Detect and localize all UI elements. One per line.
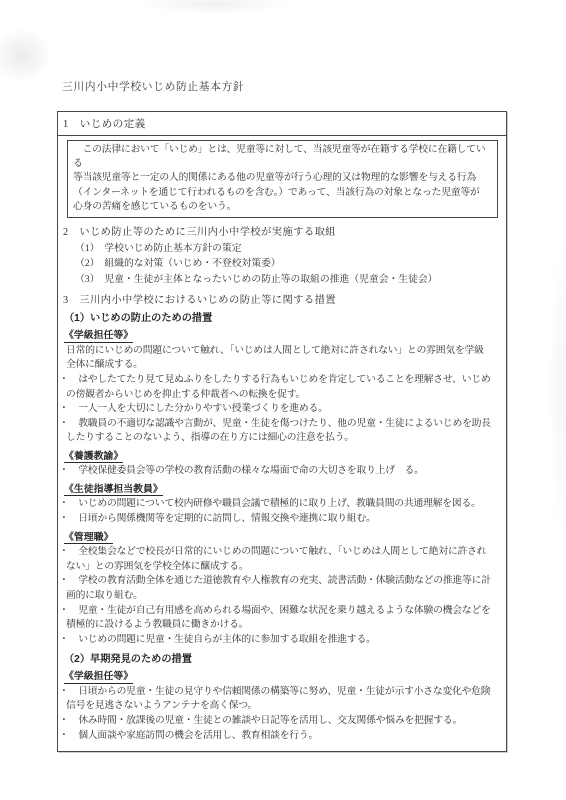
measure-item: ・ 休み時間・放課後の児童・生徒との雑談や日記等を活用し、交友関係や悩みを把握す… — [58, 714, 506, 729]
role-heading-label: 《学級担任等》 — [64, 671, 133, 684]
definition-text: この法律において「いじめ」とは、児童等に対して、当該児童等が在籍する学校に在籍し… — [73, 143, 493, 214]
role-heading-homeroom-2: 《学級担任等》 — [58, 670, 506, 685]
measure-item: ・ 全校集会などで校長が日常的にいじめの問題について触れ、「いじめは人間として絶… — [58, 545, 506, 574]
prevention-heading: （1）いじめの防止のための措置 — [58, 311, 506, 326]
measure-item: ・ 日頃からの児童・生徒の見守りや信頼関係の構築等に努め、児童・生徒が示す小さな… — [58, 685, 506, 714]
measure-item: ・ 児童・生徒が自己有用感を高められる場面や、困難な状況を乗り越えるような体験の… — [58, 604, 506, 633]
policy-frame: 1 いじめの定義 この法律において「いじめ」とは、児童等に対して、当該児童等が在… — [57, 111, 507, 752]
role-heading-label: 《管理職》 — [64, 532, 113, 545]
scan-artifact — [0, 28, 52, 83]
measure-item: ・ 教職員の不適切な認識や言動が、児童・生徒を傷つけたり、他の児童・生徒によるい… — [58, 417, 506, 446]
initiative-item-3: （3） 児童・生徒が主体となったいじめの防止等の取組の推進（児童会・生徒会） — [58, 272, 506, 287]
measure-item: ・ 個人面談や家庭訪問の機会を活用し、教育相談を行う。 — [58, 729, 506, 744]
role-heading-nurse: 《養護教諭》 — [58, 450, 506, 465]
section-2-heading: 2 いじめ防止等のために三川内小中学校が実施する取組 — [58, 225, 506, 240]
role-heading-label: 《生徒指導担当教員》 — [64, 484, 163, 497]
role-heading-management: 《管理職》 — [58, 531, 506, 546]
section-1-heading: 1 いじめの定義 — [58, 112, 506, 136]
initiative-item-1: （1） 学校いじめ防止基本方針の策定 — [58, 241, 506, 256]
role-heading-label: 《養護教諭》 — [64, 451, 123, 464]
measure-item: ・ いじめの問題について校内研修や職員会議で積極的に取り上げ、教職員間の共通理解… — [58, 497, 506, 512]
role-heading-homeroom: 《学級担任等》 — [58, 329, 506, 344]
role-heading-guidance: 《生徒指導担当教員》 — [58, 483, 506, 498]
document-title: 三川内小中学校いじめ防止基本方針 — [62, 79, 244, 94]
measure-item: ・ 学校の教育活動全体を通じた道徳教育や人権教育の充実、読書活動・体験活動などの… — [58, 574, 506, 603]
definition-box: この法律において「いじめ」とは、児童等に対して、当該児童等が在籍する学校に在籍し… — [67, 140, 498, 218]
measure-item: 日常的にいじめの問題について触れ、「いじめは人間として絶対に許されない」との雰囲… — [58, 344, 506, 373]
role-heading-label: 《学級担任等》 — [64, 330, 133, 343]
document-page: 三川内小中学校いじめ防止基本方針 1 いじめの定義 この法律において「いじめ」と… — [0, 0, 566, 800]
scan-artifact — [548, 240, 566, 540]
scan-artifact — [140, 0, 290, 14]
measure-item: ・ いじめの問題に児童・生徒自らが主体的に参加する取組を推進する。 — [58, 633, 506, 648]
measure-item: ・ はやしたてたり見て見ぬふりをしたりする行為もいじめを肯定していることを理解さ… — [58, 373, 506, 402]
section-3-heading: 3 三川内小中学校におけるいじめの防止等に関する措置 — [58, 293, 506, 308]
initiative-item-2: （2） 組織的な対策（いじめ・不登校対策委） — [58, 256, 506, 271]
measure-item: ・ 学校保健委員会等の学校の教育活動の様々な場面で命の大切さを取り上げ る。 — [58, 464, 506, 479]
early-detection-heading: （2）早期発見のための措置 — [58, 652, 506, 667]
measure-item: ・ 一人一人を大切にした分かりやすい授業づくりを進める。 — [58, 402, 506, 417]
measure-item: ・ 日頃から関係機関等を定期的に訪問し、情報交換や連携に取り組む。 — [58, 512, 506, 527]
